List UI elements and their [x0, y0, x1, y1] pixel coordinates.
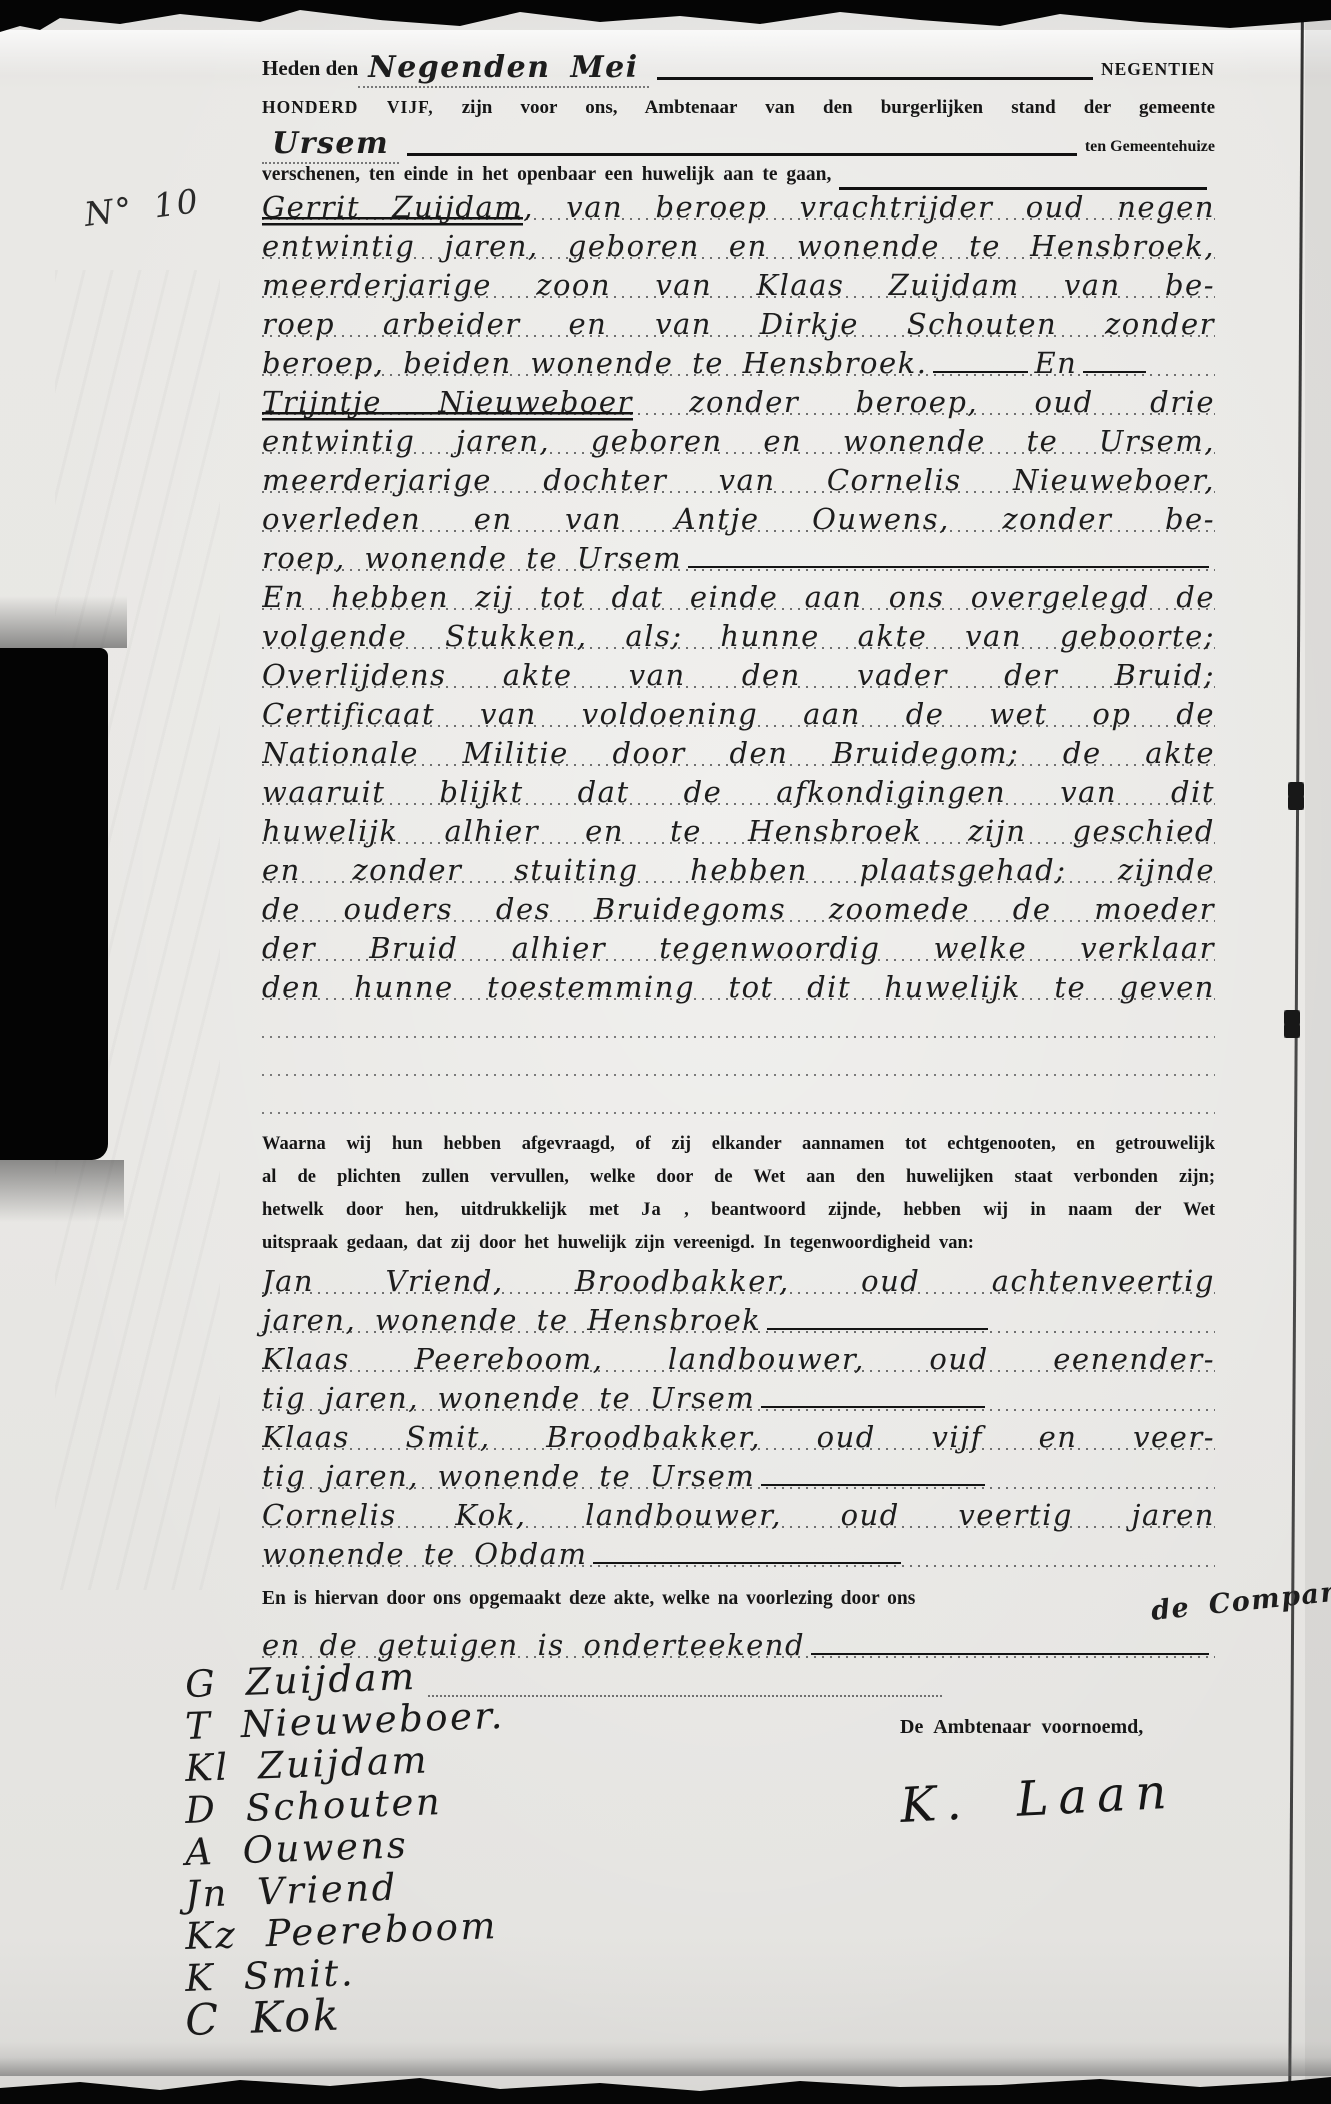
witness-line: tig jaren, wonende te Ursem: [262, 1457, 1215, 1496]
rule-fill: [657, 77, 1093, 80]
oath-line-3: hetwelk door hen, uitdrukkelijk met Ja ,…: [262, 1194, 1215, 1227]
header-line-1: Heden den Negenden Mei NEGENTIEN: [262, 48, 1215, 86]
blank-rule: [262, 1046, 1215, 1084]
oath-line-3-post: , beantwoord zijnde, hebben wij in naam …: [684, 1200, 1215, 1220]
groom-name: Gerrit Zuijdam: [262, 190, 523, 226]
year-word-1: NEGENTIEN: [1101, 59, 1215, 80]
witness-line-text: jaren, wonende te Hensbroek: [262, 1301, 761, 1340]
documents-line: waaruit blijkt dat de afkondigingen van …: [262, 773, 1215, 812]
adjacent-page-edge: [1305, 0, 1331, 2104]
documents-line: den hunne toestemming tot dit huwelijk t…: [262, 968, 1215, 1007]
blank-rule: [262, 1084, 1215, 1122]
witnesses-paragraph: Jan Vriend, Broodbakker, oud achtenveert…: [262, 1262, 1215, 1574]
blank-ruled-lines: [262, 1008, 1215, 1122]
rule-fill: [811, 1653, 1209, 1655]
documents-line: de ouders des Bruidegoms zoomede de moed…: [262, 890, 1215, 929]
documents-line: volgende Stukken, als; hunne akte van ge…: [262, 617, 1215, 656]
header-line-4-text: verschenen, ten einde in het openbaar ee…: [262, 164, 831, 186]
groom-line-4: roep arbeider en van Dirkje Schouten zon…: [262, 305, 1215, 344]
witness-line: Jan Vriend, Broodbakker, oud achtenveert…: [262, 1262, 1215, 1301]
witness-line: jaren, wonende te Hensbroek: [262, 1301, 1215, 1340]
closing-section: En is hiervan door ons opgemaakt deze ak…: [262, 1588, 1215, 1665]
witness-line: Klaas Peereboom, landbouwer, oud eenende…: [262, 1340, 1215, 1379]
header-line-3: Ursem ten Gemeentehuize: [262, 124, 1215, 162]
oath-paragraph: Waarna wij hun hebben afgevraagd, of zij…: [262, 1128, 1215, 1260]
witness-line: Cornelis Kok, landbouwer, oud veertig ja…: [262, 1496, 1215, 1535]
witness-line: tig jaren, wonende te Ursem: [262, 1379, 1215, 1418]
groom-paragraph: Gerrit Zuijdam, van beroep vrachtrijder …: [262, 188, 1215, 383]
bride-name: Trijntje Nieuweboer: [262, 385, 633, 421]
rule-fill: [1083, 371, 1146, 373]
bride-line-4: overleden en van Antje Ouwens, zonder be…: [262, 500, 1215, 539]
ink-blot: [1288, 782, 1304, 810]
bride-line-2: entwintig jaren, geboren en wonende te U…: [262, 422, 1215, 461]
documents-paragraph: En hebben zij tot dat einde aan ons over…: [262, 578, 1215, 1007]
groom-line-5-text: beroep, beiden wonende te Hensbroek.: [262, 344, 927, 383]
rule-fill: [688, 566, 1209, 568]
groom-line-1-rest: , van beroep vrachtrijder oud negen: [523, 190, 1215, 224]
bride-line-3: meerderjarige dochter van Cornelis Nieuw…: [262, 461, 1215, 500]
header-line-2-text: zijn voor ons, Ambtenaar van den burgerl…: [462, 97, 1215, 118]
groom-line-2: entwintig jaren, geboren en wonende te H…: [262, 227, 1215, 266]
marriage-certificate-scan: N° 10 Heden den Negenden Mei NEGENTIEN H…: [0, 0, 1331, 2104]
official-signature: K. Laan: [899, 1756, 1321, 1834]
oath-line-1: Waarna wij hun hebben afgevraagd, of zij…: [262, 1128, 1215, 1161]
official-label: De Ambtenaar voornoemd,: [900, 1716, 1320, 1739]
oath-line-4: uitspraak gedaan, dat zij door het huwel…: [262, 1227, 1215, 1260]
witness-line-text: wonende te Obdam: [262, 1535, 587, 1574]
date-handwritten: Negenden Mei: [358, 50, 648, 88]
documents-line: Overlijdens akte van den vader der Bruid…: [262, 656, 1215, 695]
documents-line: Nationale Militie door den Bruidegom; de…: [262, 734, 1215, 773]
oath-line-2: al de plichten zullen vervullen, welke d…: [262, 1161, 1215, 1194]
year-word-2: HONDERD VIJF,: [262, 97, 434, 117]
documents-line: der Bruid alhier tegenwoordig welke verk…: [262, 929, 1215, 968]
bride-paragraph: Trijntje Nieuweboer zonder beroep, oud d…: [262, 383, 1215, 578]
documents-line: en zonder stuiting hebben plaatsgehad; z…: [262, 851, 1215, 890]
witness-line-text: tig jaren, wonende te Ursem: [262, 1379, 755, 1418]
bride-line-5: roep, wonende te Ursem: [262, 539, 1215, 578]
municipality-handwritten: Ursem: [262, 126, 399, 164]
rule-fill: [767, 1328, 988, 1330]
blank-rule: [262, 1008, 1215, 1046]
documents-line: huwelijk alhier en te Hensbroek zijn ges…: [262, 812, 1215, 851]
groom-line-5: beroep, beiden wonende te Hensbroek. En: [262, 344, 1215, 383]
page-bottom-shadow: [0, 2042, 1331, 2076]
rule-fill: [761, 1484, 985, 1486]
closing-printed-text: En is hiervan door ons opgemaakt deze ak…: [262, 1588, 915, 1609]
groom-line-3: meerderjarige zoon van Klaas Zuijdam van…: [262, 266, 1215, 305]
witness-line: Klaas Smit, Broodbakker, oud vijf en vee…: [262, 1418, 1215, 1457]
witness-line-text: tig jaren, wonende te Ursem: [262, 1457, 755, 1496]
groom-connector: En: [1034, 344, 1077, 383]
scan-black-block: [0, 648, 108, 1160]
rule-fill: [761, 1406, 985, 1408]
bride-line-1: Trijntje Nieuweboer zonder beroep, oud d…: [262, 383, 1215, 422]
ink-blot: [1284, 1010, 1300, 1038]
documents-line: Certificaat van voldoening aan de wet op…: [262, 695, 1215, 734]
documents-line: En hebben zij tot dat einde aan ons over…: [262, 578, 1215, 617]
header-prefix: Heden den: [262, 56, 358, 81]
oath-line-3-pre: hetwelk door hen, uitdrukkelijk met: [262, 1200, 619, 1220]
header-line-3-suffix: ten Gemeentehuize: [1085, 138, 1215, 156]
closing-printed-line: En is hiervan door ons opgemaakt deze ak…: [262, 1588, 1215, 1622]
oath-ja-word: Ja: [641, 1200, 662, 1220]
rule-fill: [933, 371, 1028, 373]
header: Heden den Negenden Mei NEGENTIEN HONDERD…: [262, 48, 1215, 196]
rule-fill: [407, 153, 1077, 156]
header-line-2: HONDERD VIJF, zijn voor ons, Ambtenaar v…: [262, 92, 1215, 122]
bride-line-5-text: roep, wonende te Ursem: [262, 539, 682, 578]
signature-block: G Zuijdam T Nieuweboer. Kl Zuijdam D Sch…: [186, 1664, 946, 2042]
rule-fill: [593, 1562, 901, 1564]
witness-line: wonende te Obdam: [262, 1535, 1215, 1574]
bride-line-1-rest: zonder beroep, oud drie: [633, 385, 1215, 419]
official-section: De Ambtenaar voornoemd, K. Laan: [900, 1716, 1320, 1823]
groom-line-1: Gerrit Zuijdam, van beroep vrachtrijder …: [262, 188, 1215, 227]
